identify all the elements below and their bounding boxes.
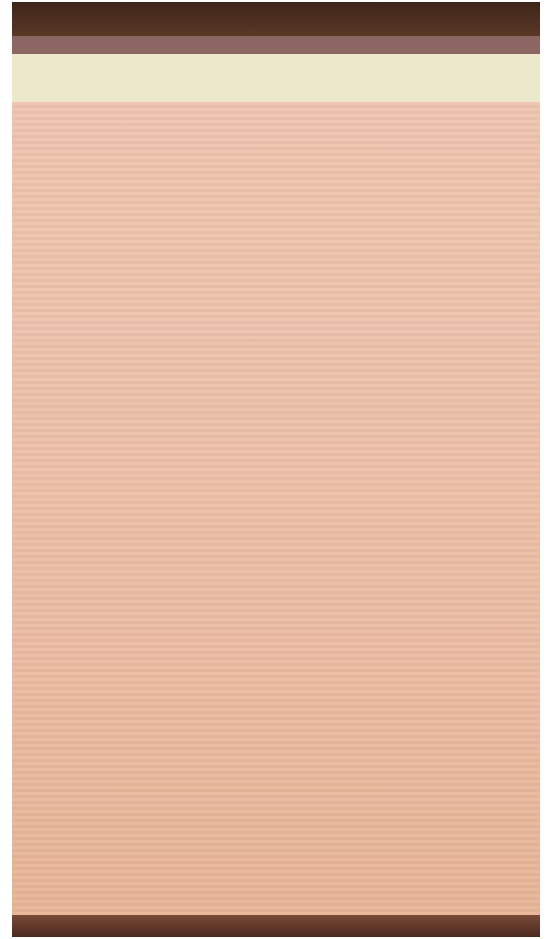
top-dark-band [12,2,540,36]
bottom-dark-band [12,915,540,937]
top-purple-band [12,36,540,54]
rug-photo [12,2,540,937]
rug-field [12,102,540,915]
top-cream-band [12,54,540,102]
